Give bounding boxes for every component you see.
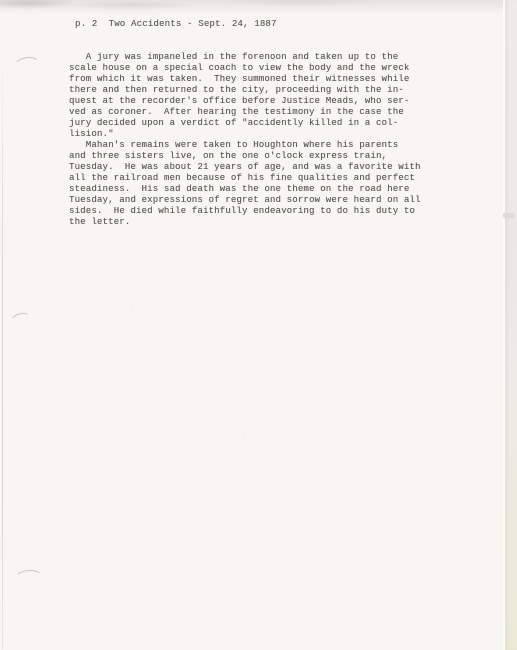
binder-ring-mark-top <box>13 55 42 77</box>
binder-ring-mark-middle <box>9 311 33 332</box>
paper-speckles <box>0 0 1 1</box>
document-body: A jury was impaneled in the forenoon and… <box>69 52 421 228</box>
binder-ring-mark-bottom <box>14 569 43 587</box>
page-header-line: p. 2 Two Accidents - Sept. 24, 1887 <box>75 19 277 30</box>
scanned-document-page: p. 2 Two Accidents - Sept. 24, 1887 A ju… <box>0 0 517 650</box>
left-edge-crease-line <box>2 50 3 650</box>
paragraph-mahans-remains: Mahan's remains were taken to Houghton w… <box>69 140 421 228</box>
scan-top-texture <box>0 0 517 18</box>
right-scan-band <box>505 0 517 650</box>
paragraph-jury-inquest: A jury was impaneled in the forenoon and… <box>69 52 421 140</box>
right-edge-dash-mark <box>503 213 514 218</box>
